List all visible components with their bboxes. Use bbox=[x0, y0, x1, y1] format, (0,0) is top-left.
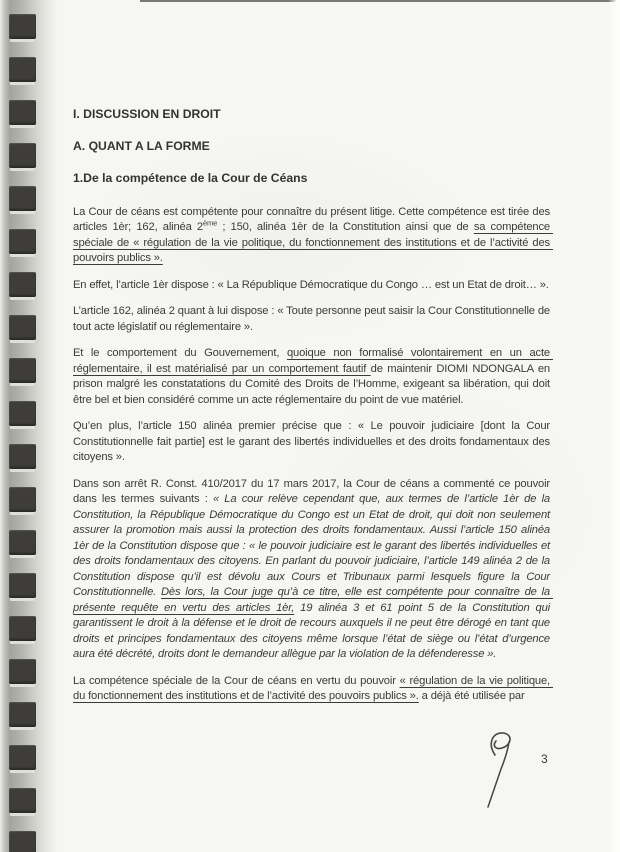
binding-tab bbox=[9, 831, 36, 852]
heading-competence-cour: 1.De la compétence de la Cour de Céans bbox=[73, 171, 550, 187]
heading-quant-a-la-forme: A. QUANT A LA FORME bbox=[73, 139, 550, 155]
binding-tab bbox=[9, 143, 36, 168]
paragraph: Qu’en plus, l’article 150 alinéa premier… bbox=[73, 419, 550, 466]
text-run: a déjà été utilisée par bbox=[419, 690, 525, 702]
binding-tab bbox=[9, 14, 36, 39]
text-run: La compétence spéciale de la Cour de céa… bbox=[73, 675, 400, 687]
binding-tab bbox=[9, 616, 36, 641]
text-run: « La cour relève cependant que, aux term… bbox=[73, 493, 553, 598]
binding-tab bbox=[9, 487, 36, 512]
binding-tab bbox=[9, 315, 36, 340]
binding-tab bbox=[9, 100, 36, 125]
binding-tab bbox=[9, 57, 36, 82]
binding-tab bbox=[9, 659, 36, 684]
signature-paraph-icon bbox=[481, 729, 527, 811]
document-content: I. DISCUSSION EN DROIT A. QUANT A LA FOR… bbox=[73, 104, 550, 716]
scan-top-edge bbox=[140, 0, 620, 2]
binding-tab bbox=[9, 401, 36, 426]
paragraphs-container: La Cour de céans est compétente pour con… bbox=[73, 205, 550, 705]
binding-tab bbox=[9, 573, 36, 598]
text-run: En effet, l’article 1èr dispose : « La R… bbox=[73, 279, 549, 291]
paragraph: La Cour de céans est compétente pour con… bbox=[73, 205, 550, 267]
binding-tab bbox=[9, 272, 36, 297]
binding-tab bbox=[9, 745, 36, 770]
text-run: L’article 162, alinéa 2 quant à lui disp… bbox=[73, 305, 553, 333]
binding-tab bbox=[9, 444, 36, 469]
binding-tab bbox=[9, 702, 36, 727]
text-run: ème bbox=[203, 218, 217, 227]
binding-tab bbox=[9, 186, 36, 211]
scan-right-edge bbox=[608, 0, 620, 852]
binding-tab bbox=[9, 788, 36, 813]
paragraph: Et le comportement du Gouvernement, quoi… bbox=[73, 346, 550, 408]
text-run: Et le comportement du Gouvernement, bbox=[73, 347, 287, 359]
binding-tab bbox=[9, 229, 36, 254]
paragraph: La compétence spéciale de la Cour de céa… bbox=[73, 674, 550, 705]
paragraph: L’article 162, alinéa 2 quant à lui disp… bbox=[73, 304, 550, 335]
text-run: Qu’en plus, l’article 150 alinéa premier… bbox=[73, 420, 553, 463]
text-run: ; 150, alinéa 1èr de la Constitution ain… bbox=[217, 221, 474, 233]
binding-tab bbox=[9, 530, 36, 555]
scanned-page: I. DISCUSSION EN DROIT A. QUANT A LA FOR… bbox=[0, 0, 620, 852]
binding-tab bbox=[9, 358, 36, 383]
heading-discussion-en-droit: I. DISCUSSION EN DROIT bbox=[73, 107, 550, 123]
binding-strip bbox=[0, 0, 58, 852]
page-number: 3 bbox=[541, 752, 548, 766]
paragraph: En effet, l’article 1èr dispose : « La R… bbox=[73, 278, 550, 294]
paragraph: Dans son arrêt R. Const. 410/2017 du 17 … bbox=[73, 477, 550, 663]
